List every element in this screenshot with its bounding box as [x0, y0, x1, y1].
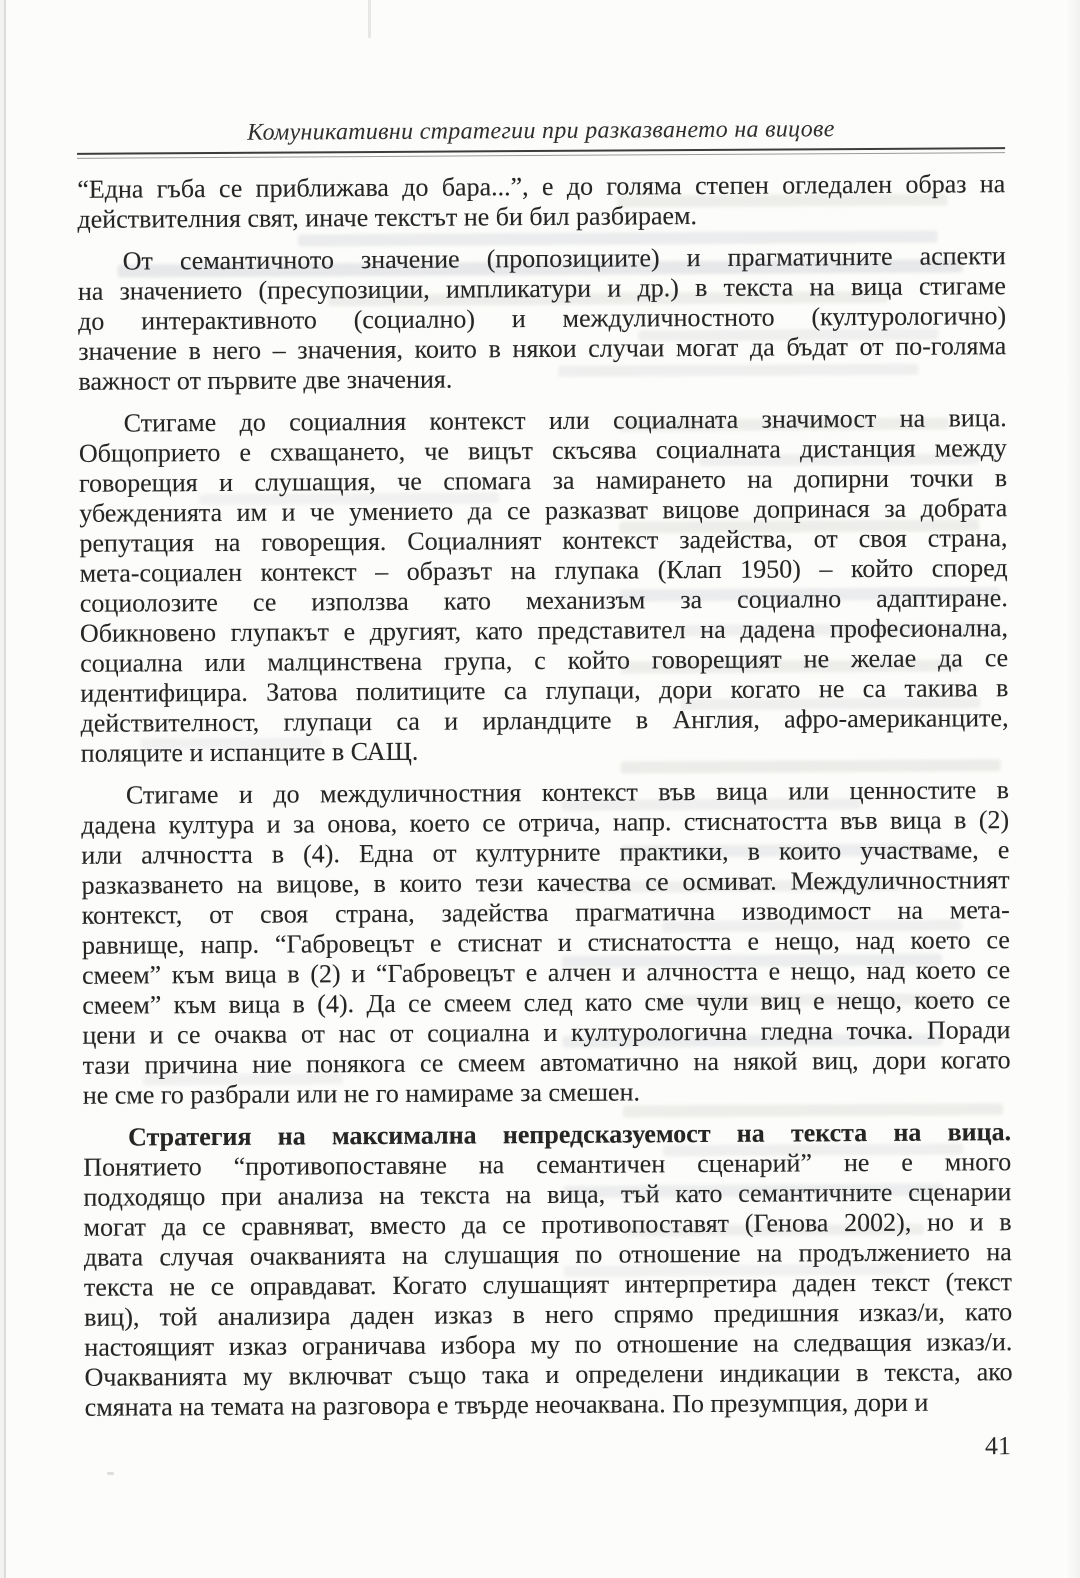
text-line: действителния свят, иначе текстът не би … — [77, 199, 1005, 235]
text-line: значение в него – значения, които в няко… — [78, 331, 1006, 367]
text-line: не сме го разбрали или не го намираме за… — [83, 1075, 1011, 1111]
text-body: “Една гъба се приближава до бара...”, е … — [77, 169, 1013, 1467]
text-line: действителност, глупаци са и ирландците … — [80, 703, 1008, 739]
text-line: смяната на темата на разговора е твърде … — [85, 1387, 1013, 1423]
paragraph: Стигаме до социалния контекст или социал… — [79, 403, 1009, 769]
running-header-title: Комуникативни стратегии при разказването… — [77, 115, 1005, 148]
page-content: Комуникативни стратегии при разказването… — [0, 0, 1080, 1578]
page-number: 41 — [85, 1431, 1013, 1467]
paragraph: Стигаме и до междуличностния контекст въ… — [81, 775, 1011, 1111]
text-line: тази причина ние понякога се смеем автом… — [83, 1045, 1011, 1081]
paragraph: От семантичното значение (пропозициите) … — [78, 241, 1007, 397]
text-line: важност от първите две значения. — [78, 361, 1006, 397]
scanned-page: Комуникативни стратегии при разказването… — [0, 0, 1080, 1578]
paragraph: “Една гъба се приближава до бара...”, е … — [77, 169, 1005, 235]
text-line: поляците и испанците в САЩ. — [81, 733, 1009, 769]
header-rule — [77, 147, 1005, 159]
paragraph: Стратегия на максимална непредсказуемост… — [83, 1117, 1013, 1423]
text-line: “Една гъба се приближава до бара...”, е … — [77, 169, 1005, 205]
page-header: Комуникативни стратегии при разказването… — [77, 115, 1005, 159]
